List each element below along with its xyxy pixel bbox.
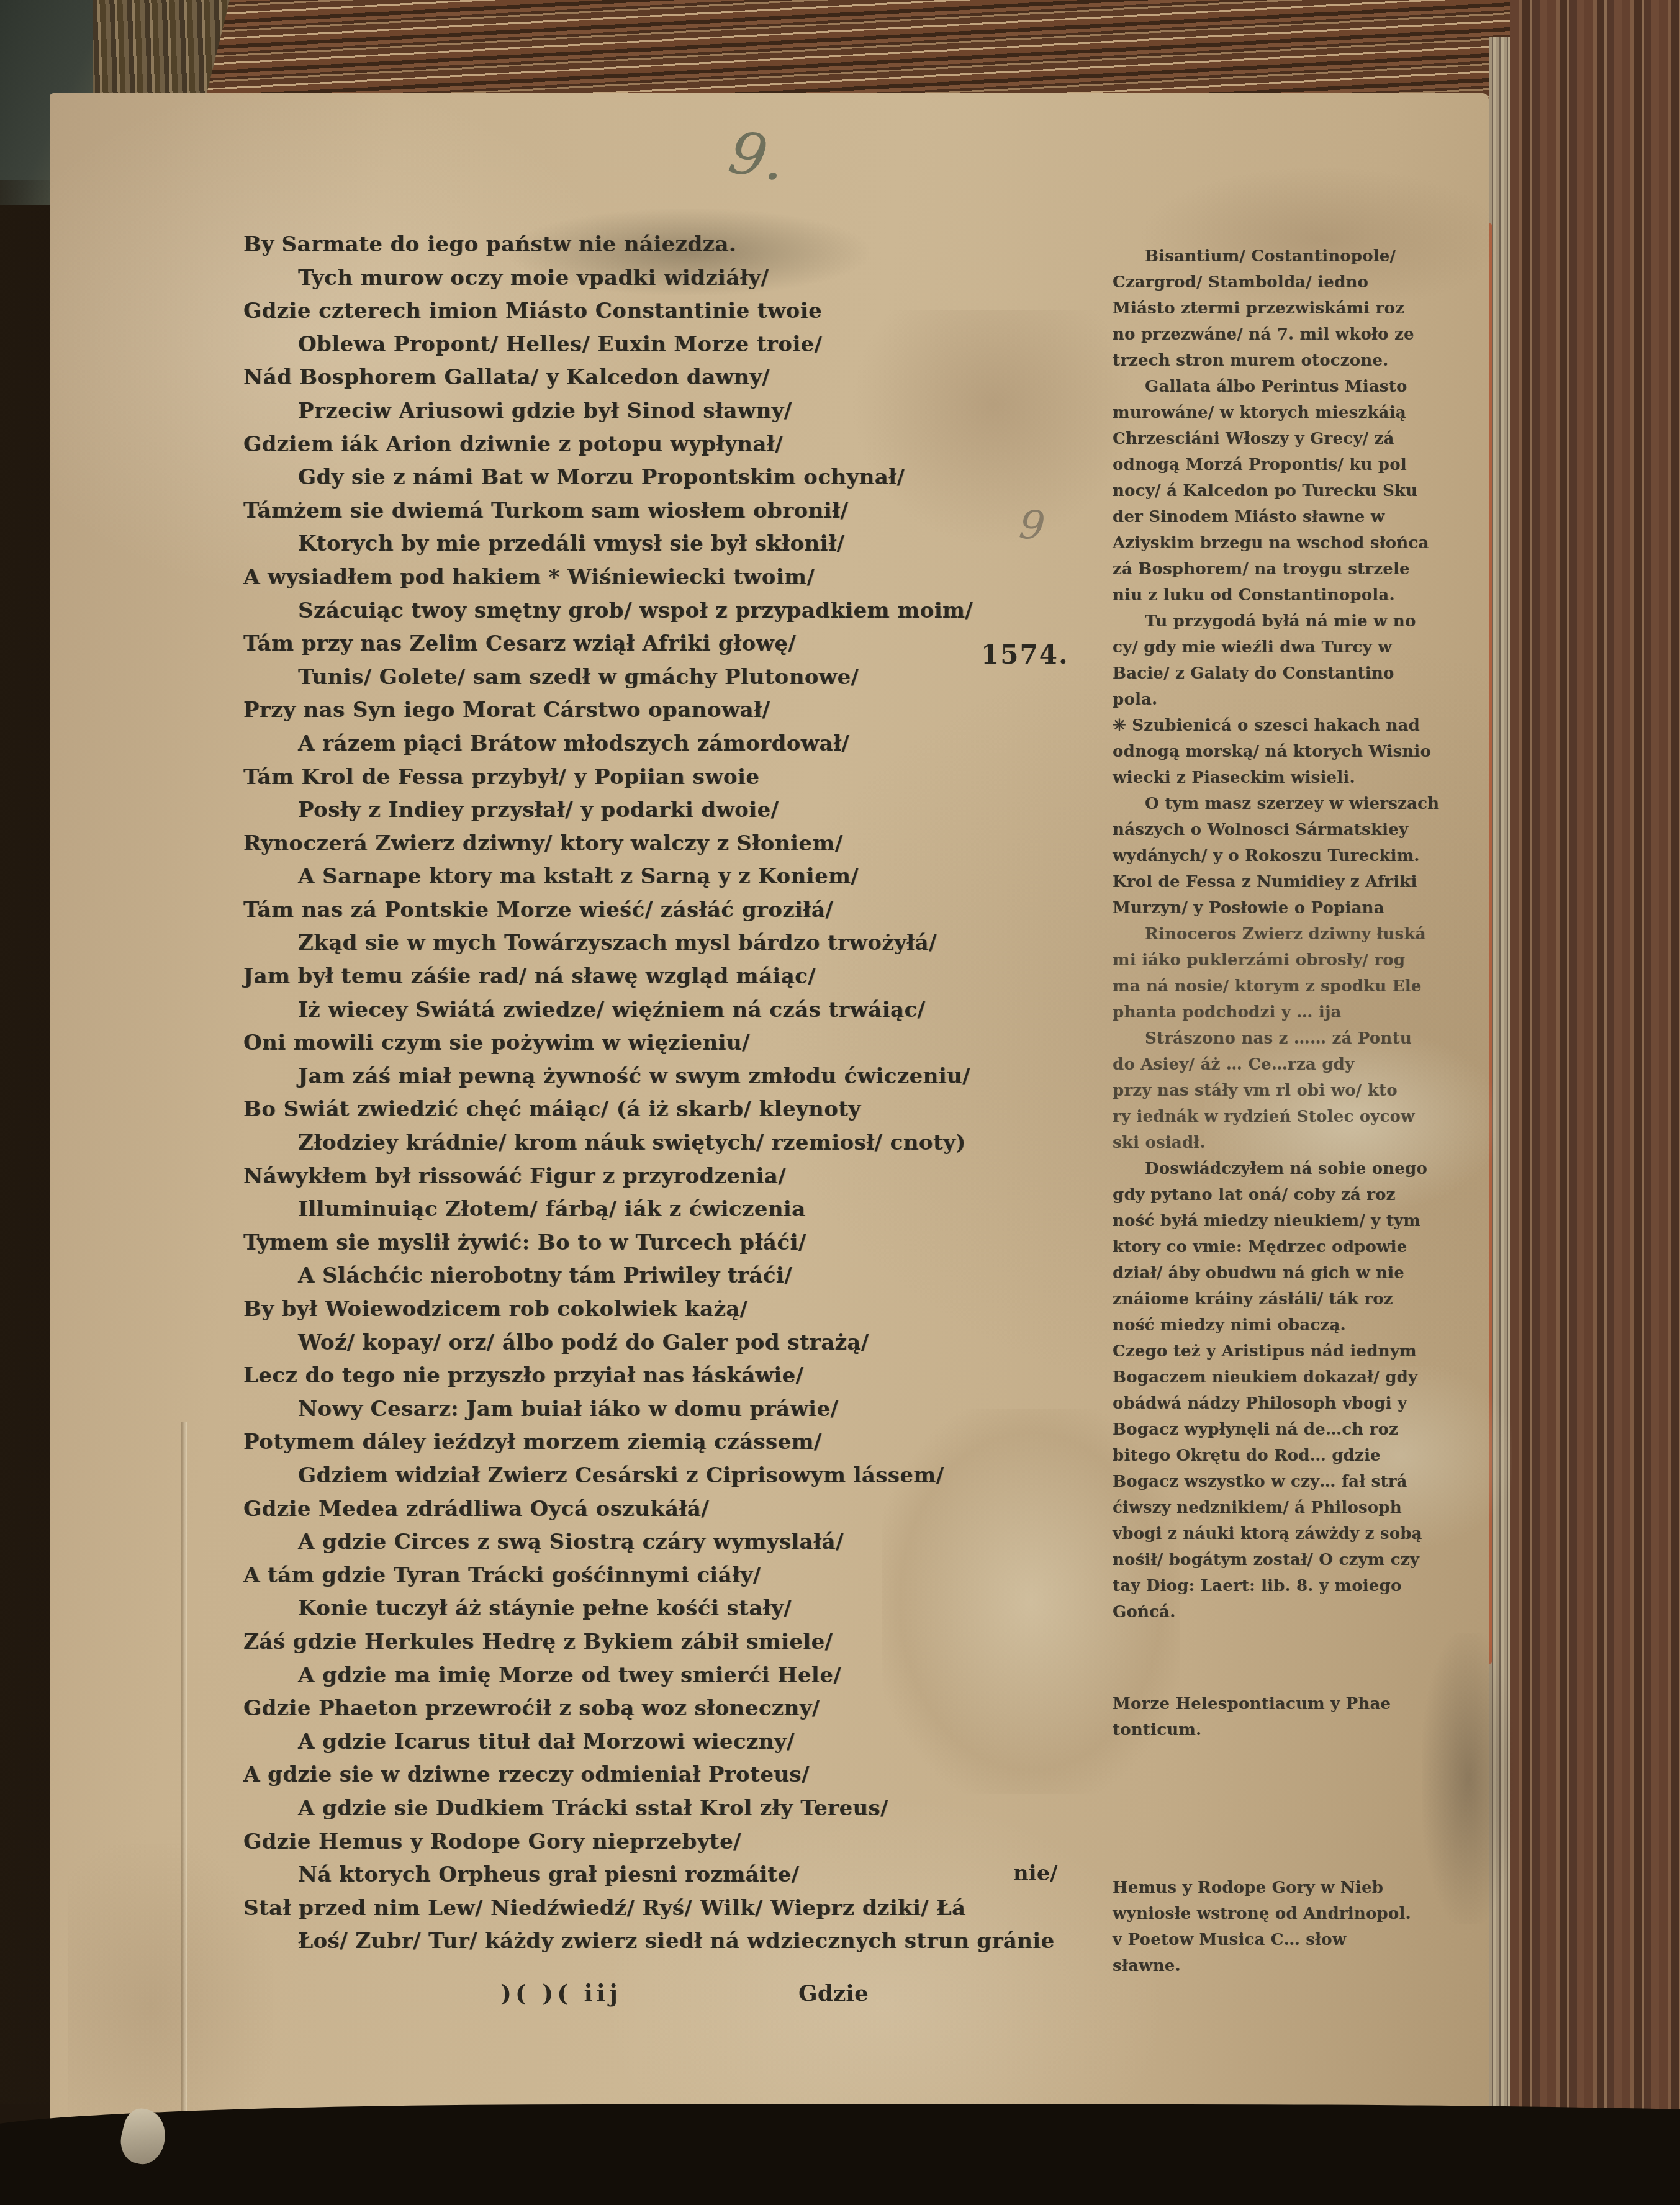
margin-note-line: pola. bbox=[1113, 687, 1497, 713]
margin-note-line: tay Diog: Laert: lib. 8. y moiego bbox=[1113, 1573, 1497, 1599]
margin-note-line: Gońcá. bbox=[1113, 1599, 1497, 1625]
margin-note-line: Chrzesciáni Włoszy y Grecy/ zá bbox=[1113, 426, 1497, 452]
margin-note-line: trzech stron murem otoczone. bbox=[1113, 348, 1497, 374]
verse-line: Przeciw Ariusowi gdzie był Sinod sławny/ bbox=[243, 395, 1113, 428]
margin-note: Strászono nas z …… zá Pontudo Asiey/ áż … bbox=[1113, 1026, 1497, 1156]
verse-line: Záś gdzie Herkules Hedrę z Bykiem zábił … bbox=[243, 1626, 1113, 1659]
margin-note-line: tonticum. bbox=[1113, 1717, 1497, 1743]
verse-line: Jam był temu záśie rad/ ná sławę wzgląd … bbox=[243, 960, 1113, 994]
margin-note-line: ✳ Szubienicá o szesci hakach nad bbox=[1113, 713, 1497, 739]
margin-note-line: ćiwszy nedznikiem/ á Philosoph bbox=[1113, 1495, 1497, 1521]
page-crease bbox=[181, 1422, 187, 2142]
margin-note-line: Gallata álbo Perintus Miasto bbox=[1113, 374, 1497, 400]
verse-line: A gdzie Circes z swą Siostrą czáry wymys… bbox=[243, 1526, 1113, 1559]
verse-line: A gdzie sie w dziwne rzeczy odmieniał Pr… bbox=[243, 1759, 1113, 1792]
overflow-fragment: nie/ bbox=[1013, 1861, 1058, 1886]
margin-note-line: Miásto ztermi przezwiskámi roz bbox=[1113, 295, 1497, 322]
margin-note-line: dział/ áby obudwu ná gich w nie bbox=[1113, 1260, 1497, 1286]
margin-note-line: gdy pytano lat oná/ coby zá roz bbox=[1113, 1182, 1497, 1208]
verse-line: Potymem dáley ieźdzył morzem ziemią czás… bbox=[243, 1426, 1113, 1459]
verse-line: Zkąd sie w mych Towárzyszach mysl bárdzo… bbox=[243, 927, 1113, 960]
margin-note: ✳ Szubienicá o szesci hakach nadodnogą m… bbox=[1113, 713, 1497, 791]
margin-note-line: nászych o Wolnosci Sármatskiey bbox=[1113, 817, 1497, 843]
signature-mark: )( )( iij bbox=[500, 1979, 621, 2007]
margin-note-line: O tym masz szerzey w wierszach bbox=[1113, 791, 1497, 817]
verse-line: By Sarmate do iego państw nie náiezdza. bbox=[243, 228, 1113, 262]
verse-line: Złodziey krádnie/ krom náuk swiętych/ rz… bbox=[243, 1127, 1113, 1160]
verse-line: Támżem sie dwiemá Turkom sam wiosłem obr… bbox=[243, 495, 1113, 528]
handwritten-page-number: 9. bbox=[724, 119, 790, 195]
verse-line: A gdzie Icarus tituł dał Morzowi wieczny… bbox=[243, 1726, 1113, 1759]
page: 9. By Sarmate do iego państw nie náiezdz… bbox=[50, 93, 1489, 2149]
verse-line: A rázem piąci Brátow młodszych zámordowa… bbox=[243, 728, 1113, 761]
verse-line: Tych murow oczy moie vpadki widziáły/ bbox=[243, 262, 1113, 295]
verse-line: A gdzie sie Dudkiem Trácki sstał Krol zł… bbox=[243, 1792, 1113, 1826]
margin-note: Doswiádczyłem ná sobie onegogdy pytano l… bbox=[1113, 1156, 1497, 1338]
margin-note: Czego też y Aristipus nád iednymBogaczem… bbox=[1113, 1338, 1497, 1625]
margin-note-line: Bogacz wypłynęli ná de…ch roz bbox=[1113, 1417, 1497, 1443]
bottom-edge-shadow bbox=[0, 2143, 1680, 2205]
verse-line: Oni mowili czym sie pożywim w więzieniu/ bbox=[243, 1027, 1113, 1060]
margin-note-line: do Asiey/ áż … Ce…rza gdy bbox=[1113, 1052, 1497, 1078]
catchword: Gdzie bbox=[798, 1980, 869, 2006]
verse-line: Posły z Indiey przysłał/ y podarki dwoie… bbox=[243, 794, 1113, 827]
verse-line: Lecz do tego nie przyszło przyiał nas łá… bbox=[243, 1360, 1113, 1393]
margin-note: Hemus y Rodope Gory w Niebwyniosłe wstro… bbox=[1113, 1875, 1497, 1979]
verse-line: Przy nas Syn iego Morat Cárstwo opanował… bbox=[243, 694, 1113, 728]
verse-line: Ktorych by mie przedáli vmysł sie był sk… bbox=[243, 528, 1113, 561]
margin-note-line: ktory co vmie: Mędrzec odpowie bbox=[1113, 1234, 1497, 1260]
margin-note-line: cy/ gdy mie wieźli dwa Turcy w bbox=[1113, 634, 1497, 661]
margin-note-line: Bogaczem nieukiem dokazał/ gdy bbox=[1113, 1364, 1497, 1391]
margin-note-line: ski osiadł. bbox=[1113, 1130, 1497, 1156]
margin-note-line: wiecki z Piaseckim wisieli. bbox=[1113, 765, 1497, 791]
book-scan: 9. By Sarmate do iego państw nie náiezdz… bbox=[0, 0, 1680, 2205]
verse-line: Tám nas zá Pontskie Morze wieść/ zásłáć … bbox=[243, 894, 1113, 927]
verse-line: Gdzie czterech imion Miásto Constantinie… bbox=[243, 295, 1113, 328]
margin-note-line: v Poetow Musica C… słow bbox=[1113, 1927, 1497, 1953]
margin-note: O tym masz szerzey w wierszachnászych o … bbox=[1113, 791, 1497, 921]
verse-line: Rynoczerá Zwierz dziwny/ ktory walczy z … bbox=[243, 827, 1113, 861]
marginal-year: 1574. bbox=[981, 639, 1069, 670]
margin-note-line: Bogacz wszystko w czy… fał strá bbox=[1113, 1469, 1497, 1495]
margin-note-line: ry iednák w rydzień Stolec oycow bbox=[1113, 1104, 1497, 1130]
margin-note-line: niu z luku od Constantinopola. bbox=[1113, 582, 1497, 608]
margin-note-line: zá Bosphorem/ na troygu strzele bbox=[1113, 556, 1497, 582]
margin-note-line: no przezwáne/ ná 7. mil wkoło ze bbox=[1113, 322, 1497, 348]
margin-note-line: odnogą morską/ ná ktorych Wisnio bbox=[1113, 739, 1497, 765]
verse-line: Gdzie Hemus y Rodope Gory nieprzebyte/ bbox=[243, 1826, 1113, 1859]
margin-note-line: Morze Helespontiacum y Phae bbox=[1113, 1691, 1497, 1717]
margin-note-line: der Sinodem Miásto sławne w bbox=[1113, 504, 1497, 530]
verse-line: Gdziem iák Arion dziwnie z potopu wypłyn… bbox=[243, 428, 1113, 462]
verse-line: Łoś/ Zubr/ Tur/ káżdy zwierz siedł ná wd… bbox=[243, 1925, 1113, 1959]
margin-note-line: ność byłá miedzy nieukiem/ y tym bbox=[1113, 1208, 1497, 1234]
margin-note-line: Czargrod/ Stambolda/ iedno bbox=[1113, 269, 1497, 295]
verse-line: Náwykłem był rissowáć Figur z przyrodzen… bbox=[243, 1160, 1113, 1194]
margin-note-line: Tu przygodá byłá ná mie w no bbox=[1113, 608, 1497, 634]
margin-note-line: vbogi z náuki ktorą záwżdy z sobą bbox=[1113, 1521, 1497, 1547]
book-top-edge bbox=[205, 0, 1680, 106]
pencil-page-number: 9 bbox=[1017, 502, 1047, 550]
margin-note-line: Doswiádczyłem ná sobie onego bbox=[1113, 1156, 1497, 1182]
main-text-column: By Sarmate do iego państw nie náiezdza.T… bbox=[243, 228, 1113, 1959]
verse-line: Tymem sie myslił żywić: Bo to w Turcech … bbox=[243, 1227, 1113, 1260]
verse-line: Gdy sie z námi Bat w Morzu Propontskim o… bbox=[243, 461, 1113, 495]
verse-line: Gdzie Medea zdrádliwa Oycá oszukáłá/ bbox=[243, 1493, 1113, 1526]
verse-line: Stał przed nim Lew/ Niedźwiedź/ Ryś/ Wil… bbox=[243, 1892, 1113, 1926]
margin-note-line: ma ná nosie/ ktorym z spodku Ele bbox=[1113, 973, 1497, 999]
margin-note-line: Rinoceros Zwierz dziwny łuská bbox=[1113, 921, 1497, 947]
margin-note: Rinoceros Zwierz dziwny łuskámi iáko puk… bbox=[1113, 921, 1497, 1026]
margin-note-line: mi iáko puklerzámi obrosły/ rog bbox=[1113, 947, 1497, 973]
margin-note-line: murowáne/ w ktorych mieszkáią bbox=[1113, 400, 1497, 426]
verse-line: Tám Krol de Fessa przybył/ y Popiian swo… bbox=[243, 761, 1113, 795]
margin-note-line: sławne. bbox=[1113, 1953, 1497, 1979]
verse-line: Oblewa Propont/ Helles/ Euxin Morze troi… bbox=[243, 328, 1113, 362]
verse-line: Gdzie Phaeton przewroćił z sobą woz słon… bbox=[243, 1692, 1113, 1726]
verse-line: Nád Bosphorem Gallata/ y Kalcedon dawny/ bbox=[243, 361, 1113, 395]
verse-line: Woź/ kopay/ orz/ álbo podź do Galer pod … bbox=[243, 1327, 1113, 1360]
margin-note-line: nośił/ bogátym został/ O czym czy bbox=[1113, 1547, 1497, 1573]
verse-line: A Sláchćic nierobotny tám Priwiley tráći… bbox=[243, 1260, 1113, 1293]
margin-note: Morze Helespontiacum y Phaetonticum. bbox=[1113, 1691, 1497, 1743]
margin-note-line: wydánych/ y o Rokoszu Tureckim. bbox=[1113, 843, 1497, 869]
verse-line: Nowy Cesarz: Jam buiał iáko w domu práwi… bbox=[243, 1393, 1113, 1427]
verse-line: A gdzie ma imię Morze od twey smierći He… bbox=[243, 1659, 1113, 1693]
margin-note-line: Czego też y Aristipus nád iednym bbox=[1113, 1338, 1497, 1364]
verse-line: Ná ktorych Orpheus grał piesni rozmáite/ bbox=[243, 1859, 1113, 1892]
margin-note: Bisantium/ Costantinopole/Czargrod/ Stam… bbox=[1113, 243, 1497, 374]
margin-note-line: Bacie/ z Galaty do Constantino bbox=[1113, 661, 1497, 687]
margin-note-line: Krol de Fessa z Numidiey z Afriki bbox=[1113, 869, 1497, 895]
margin-notes-column: Bisantium/ Costantinopole/Czargrod/ Stam… bbox=[1113, 243, 1497, 1979]
verse-line: A Sarnape ktory ma kstałt z Sarną y z Ko… bbox=[243, 860, 1113, 894]
margin-note: Tu przygodá byłá ná mie w nocy/ gdy mie … bbox=[1113, 608, 1497, 713]
margin-note-line: Strászono nas z …… zá Pontu bbox=[1113, 1026, 1497, 1052]
margin-note-line: odnogą Morzá Propontis/ ku pol bbox=[1113, 452, 1497, 478]
margin-note-line: wyniosłe wstronę od Andrinopol. bbox=[1113, 1901, 1497, 1927]
margin-note-line: Aziyskim brzegu na wschod słońca bbox=[1113, 530, 1497, 556]
verse-line: By był Woiewodzicem rob cokolwiek każą/ bbox=[243, 1293, 1113, 1327]
verse-line: Iż wiecey Swiátá zwiedze/ więźniem ná cz… bbox=[243, 994, 1113, 1027]
margin-note-line: Bisantium/ Costantinopole/ bbox=[1113, 243, 1497, 269]
verse-line: Jam záś miał pewną żywność w swym zmłodu… bbox=[243, 1060, 1113, 1094]
verse-line: A wysiadłem pod hakiem * Wiśniewiecki tw… bbox=[243, 561, 1113, 595]
verse-line: Konie tuczył áż stáynie pełne kośći stał… bbox=[243, 1592, 1113, 1626]
margin-note-line: znáiome kráiny zásłáli/ ták roz bbox=[1113, 1286, 1497, 1312]
margin-note-line: przy nas stáły vm rl obi wo/ kto bbox=[1113, 1078, 1497, 1104]
margin-note: Gallata álbo Perintus Miastomurowáne/ w … bbox=[1113, 374, 1497, 608]
margin-note-line: Hemus y Rodope Gory w Nieb bbox=[1113, 1875, 1497, 1901]
verse-line: Gdziem widział Zwierz Cesárski z Cipriso… bbox=[243, 1459, 1113, 1493]
margin-note-line: ność miedzy nimi obaczą. bbox=[1113, 1312, 1497, 1338]
verse-line: Bo Swiát zwiedzić chęć máiąc/ (á iż skar… bbox=[243, 1093, 1113, 1127]
verse-line: A tám gdzie Tyran Trácki gośćinnymi ciáł… bbox=[243, 1559, 1113, 1593]
margin-note-line: phanta podchodzi y … ija bbox=[1113, 999, 1497, 1026]
fore-edge bbox=[1510, 0, 1680, 2154]
margin-note-line: bitego Okrętu do Rod… gdzie bbox=[1113, 1443, 1497, 1469]
verse-line: Illuminuiąc Złotem/ fárbą/ iák z ćwiczen… bbox=[243, 1193, 1113, 1227]
margin-note-line: Murzyn/ y Posłowie o Popiana bbox=[1113, 895, 1497, 921]
margin-note-line: nocy/ á Kalcedon po Turecku Sku bbox=[1113, 478, 1497, 504]
margin-note-line: obádwá nádzy Philosoph vbogi y bbox=[1113, 1391, 1497, 1417]
verse-line: Szácuiąc twoy smętny grob/ wspoł z przyp… bbox=[243, 595, 1113, 628]
